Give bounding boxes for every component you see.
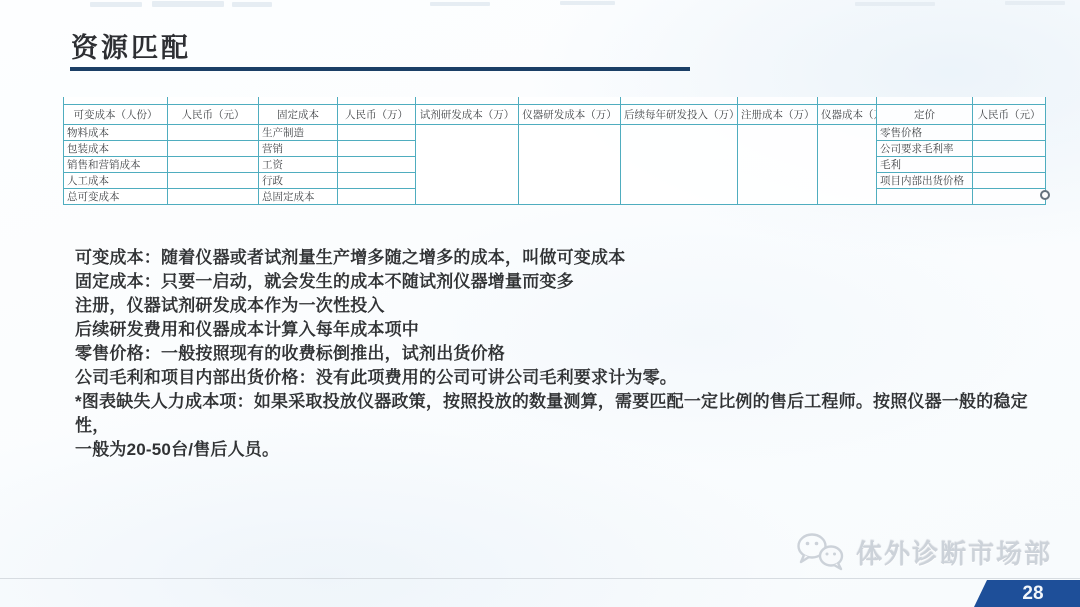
cell-variable-cost-total: 总可变成本 <box>64 188 168 204</box>
top-crop-artifact <box>560 1 615 5</box>
top-crop-artifact <box>90 2 142 7</box>
cell-annual-rd-blank <box>621 124 738 204</box>
header-rmb-wan: 人民币（万） <box>338 104 416 124</box>
page-number: 28 <box>1022 583 1043 605</box>
top-crop-artifact <box>232 2 272 7</box>
header-variable-cost: 可变成本（人份） <box>64 104 168 124</box>
note-line: 固定成本：只要一启动，就会发生的成本不随试剂仪器增量而变多 <box>75 270 1035 294</box>
selection-handle[interactable] <box>1040 190 1050 200</box>
header-registration-cost: 注册成本（万） <box>738 104 818 124</box>
note-line: 后续研发费用和仪器成本计算入每年成本项中 <box>75 318 1035 342</box>
header-fixed-cost: 固定成本 <box>259 104 338 124</box>
cell-pricing-1: 零售价格 <box>877 124 973 140</box>
watermark-text: 体外诊断市场部 <box>856 534 1052 571</box>
cell-variable-cost-3: 销售和营销成本 <box>64 156 168 172</box>
cell-fixed-cost-4: 行政 <box>259 172 338 188</box>
table-row: 物料成本 生产制造 零售价格 <box>64 124 1046 140</box>
cell-variable-cost-1: 物料成本 <box>64 124 168 140</box>
cell-instrument-cost-blank <box>818 124 877 204</box>
header-reagent-rd-cost: 试剂研发成本（万） <box>416 104 519 124</box>
cell-fixed-cost-total: 总固定成本 <box>259 188 338 204</box>
header-instrument-rd-cost: 仪器研发成本（万） <box>519 104 621 124</box>
wechat-icon <box>795 531 849 573</box>
notes-block: 可变成本：随着仪器或者试剂量生产增多随之增多的成本，叫做可变成本 固定成本：只要… <box>75 246 1035 462</box>
note-line: 可变成本：随着仪器或者试剂量生产增多随之增多的成本，叫做可变成本 <box>75 246 1035 270</box>
header-rmb-yuan: 人民币（元） <box>168 104 259 124</box>
page-number-badge: 28 <box>974 580 1080 607</box>
cell-fixed-cost-3: 工资 <box>259 156 338 172</box>
cell-pricing-4: 项目内部出货价格 <box>877 172 973 188</box>
header-pricing: 定价 <box>877 104 973 124</box>
header-annual-rd-investment: 后续每年研发投入（万） <box>621 104 738 124</box>
cell-registration-blank <box>738 124 818 204</box>
cell-instrument-rd-blank <box>519 124 621 204</box>
header-rmb-yuan-2: 人民币（元） <box>973 104 1046 124</box>
top-crop-artifact <box>855 2 935 6</box>
cell-pricing-2: 公司要求毛利率 <box>877 140 973 156</box>
footer-divider <box>0 578 1080 579</box>
note-line: 公司毛利和项目内部出货价格：没有此项费用的公司可讲公司毛利要求计为零。 <box>75 366 1035 390</box>
top-crop-artifact <box>152 1 224 7</box>
cell-variable-cost-4: 人工成本 <box>64 172 168 188</box>
cell-fixed-cost-2: 营销 <box>259 140 338 156</box>
note-line: *图表缺失人力成本项：如果采取投放仪器政策，按照投放的数量测算，需要匹配一定比例… <box>75 390 1035 438</box>
note-line: 一般为20-50台/售后人员。 <box>75 438 1035 462</box>
table-header-row: 可变成本（人份） 人民币（元） 固定成本 人民币（万） 试剂研发成本（万） 仪器… <box>64 104 1046 124</box>
top-crop-artifact <box>430 2 490 6</box>
note-line: 零售价格：一般按照现有的收费标倒推出，试剂出货价格 <box>75 342 1035 366</box>
title-underline <box>70 67 690 71</box>
header-instrument-cost: 仪器成本（万） <box>818 104 877 124</box>
top-crop-artifact <box>1005 1 1065 5</box>
page-title: 资源匹配 <box>71 26 191 65</box>
cell-variable-cost-2: 包装成本 <box>64 140 168 156</box>
cell-pricing-3: 毛利 <box>877 156 973 172</box>
cell-fixed-cost-1: 生产制造 <box>259 124 338 140</box>
note-line: 注册，仪器试剂研发成本作为一次性投入 <box>75 294 1035 318</box>
watermark: 体外诊断市场部 <box>795 531 1052 573</box>
cell-reagent-rd-blank <box>416 124 519 204</box>
table-cropped-top-row <box>64 97 1046 104</box>
presentation-slide: 资源匹配 可变成本（人份） 人民币（元） 固定成本 人民币（万） 试剂研发成本（… <box>0 0 1080 607</box>
resource-cost-table: 可变成本（人份） 人民币（元） 固定成本 人民币（万） 试剂研发成本（万） 仪器… <box>63 97 1046 205</box>
